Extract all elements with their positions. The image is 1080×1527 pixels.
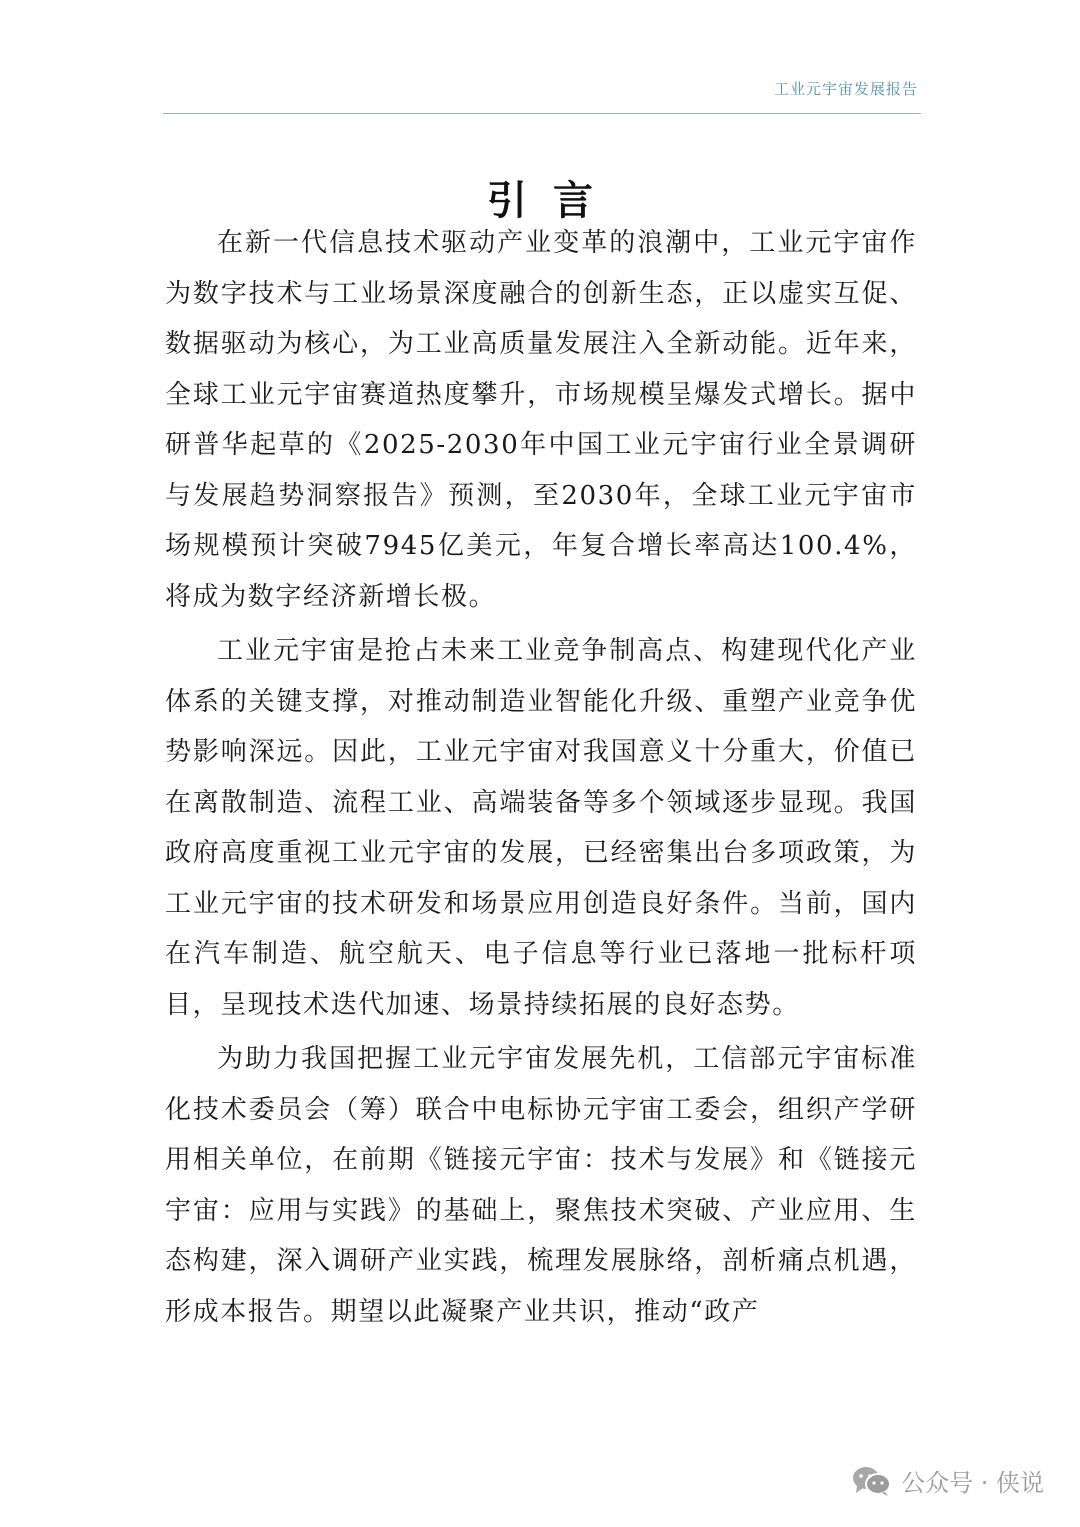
wechat-icon — [851, 1465, 893, 1497]
wechat-source-label: 公众号 · 侠说 — [901, 1463, 1044, 1498]
wechat-source-badge: 公众号 · 侠说 — [851, 1463, 1044, 1498]
header-divider — [163, 113, 921, 114]
paragraph-3: 为助力我国把握工业元宇宙发展先机，工信部元宇宙标准化技术委员会（筹）联合中电标协… — [165, 1034, 917, 1337]
body-text: 在新一代信息技术驱动产业变革的浪潮中，工业元宇宙作为数字技术与工业场景深度融合的… — [165, 218, 917, 1341]
paragraph-2: 工业元宇宙是抢占未来工业竞争制高点、构建现代化产业体系的关键支撑，对推动制造业智… — [165, 626, 917, 1030]
paragraph-1: 在新一代信息技术驱动产业变革的浪潮中，工业元宇宙作为数字技术与工业场景深度融合的… — [165, 218, 917, 622]
running-header-title: 工业元宇宙发展报告 — [774, 78, 918, 99]
